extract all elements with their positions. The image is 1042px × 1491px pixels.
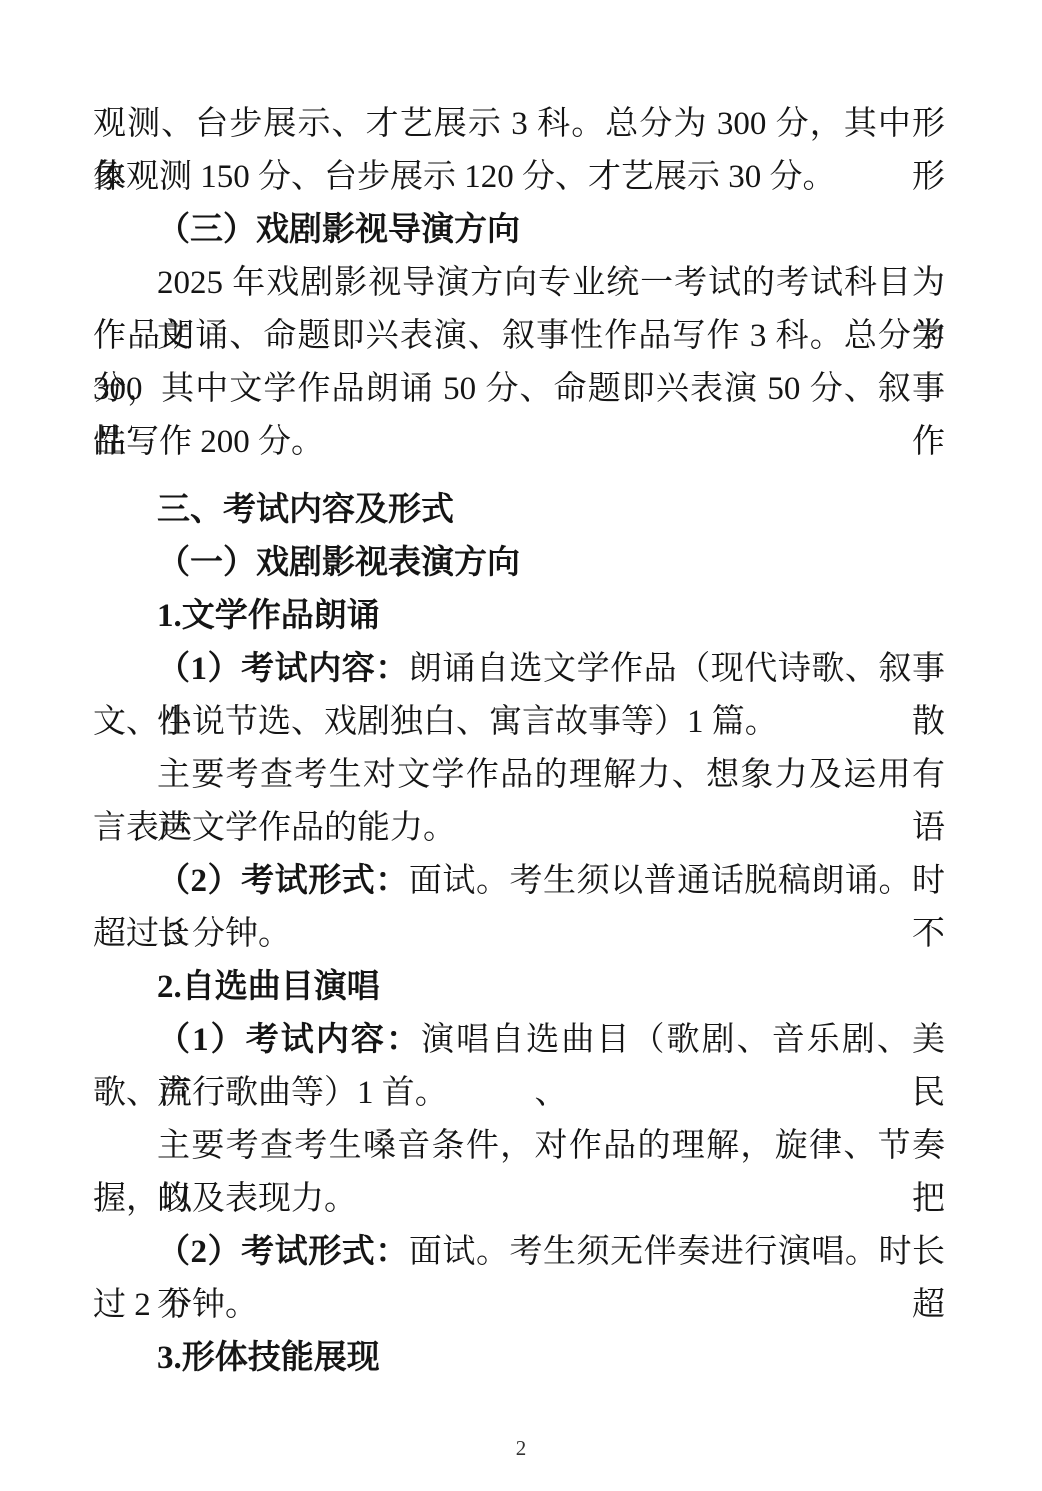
- text-run: 言表达文学作品的能力。: [93, 810, 456, 846]
- document-page: 观测、台步展示、才艺展示 3 科。总分为 300 分，其中形体形象观测 150 …: [0, 0, 1042, 1491]
- text-run-bold: （三）戏剧影视导演方向: [157, 212, 520, 248]
- text-line: 1.文学作品朗诵: [93, 590, 945, 643]
- text-line: （三）戏剧影视导演方向: [93, 204, 945, 257]
- text-run: 象观测 150 分、台步展示 120 分、才艺展示 30 分。: [93, 159, 836, 195]
- text-line: 2025 年戏剧影视导演方向专业统一考试的考试科目为文学: [93, 257, 945, 310]
- text-run-bold: 3.形体技能展现: [157, 1340, 380, 1376]
- text-run-bold: （1）考试内容：: [157, 1022, 421, 1058]
- text-run: 过 2 分钟。: [93, 1287, 258, 1323]
- text-run-bold: （2）考试形式：: [157, 1234, 409, 1270]
- text-run: 歌、流行歌曲等）1 首。: [93, 1075, 448, 1111]
- text-run: 超过 3 分钟。: [93, 916, 291, 952]
- text-line: （1）考试内容：演唱自选曲目（歌剧、音乐剧、美声、民: [93, 1014, 945, 1067]
- text-line: 分，其中文学作品朗诵 50 分、命题即兴表演 50 分、叙事性作: [93, 363, 945, 416]
- text-run: 品写作 200 分。: [93, 424, 324, 460]
- text-run-bold: 2.自选曲目演唱: [157, 969, 380, 1005]
- text-run-bold: （2）考试形式：: [157, 863, 409, 899]
- text-line: （1）考试内容：朗诵自选文学作品（现代诗歌、叙事性散: [93, 643, 945, 696]
- text-line: 象观测 150 分、台步展示 120 分、才艺展示 30 分。: [93, 151, 945, 204]
- text-run-bold: 1.文学作品朗诵: [157, 598, 380, 634]
- text-run: 文、小说节选、戏剧独白、寓言故事等）1 篇。: [93, 704, 778, 740]
- text-line: 主要考查考生对文学作品的理解力、想象力及运用有声语: [93, 749, 945, 802]
- page-number: 2: [0, 1436, 1042, 1461]
- text-line: 三、考试内容及形式: [93, 484, 945, 537]
- text-line: 2.自选曲目演唱: [93, 961, 945, 1014]
- text-run: 握，以及表现力。: [93, 1181, 357, 1217]
- document-body: 观测、台步展示、才艺展示 3 科。总分为 300 分，其中形体形象观测 150 …: [93, 98, 945, 1385]
- text-line: 主要考查考生嗓音条件，对作品的理解，旋律、节奏的把: [93, 1120, 945, 1173]
- text-run-bold: （1）考试内容：: [157, 651, 409, 687]
- text-line: 3.形体技能展现: [93, 1332, 945, 1385]
- text-line: （2）考试形式：面试。考生须无伴奏进行演唱。时长不超: [93, 1226, 945, 1279]
- text-run-bold: 三、考试内容及形式: [157, 492, 454, 528]
- text-line: （一）戏剧影视表演方向: [93, 537, 945, 590]
- text-line: 作品朗诵、命题即兴表演、叙事性作品写作 3 科。总分为 300: [93, 310, 945, 363]
- text-line: 观测、台步展示、才艺展示 3 科。总分为 300 分，其中形体形: [93, 98, 945, 151]
- text-line: （2）考试形式：面试。考生须以普通话脱稿朗诵。时长不: [93, 855, 945, 908]
- text-run-bold: （一）戏剧影视表演方向: [157, 545, 520, 581]
